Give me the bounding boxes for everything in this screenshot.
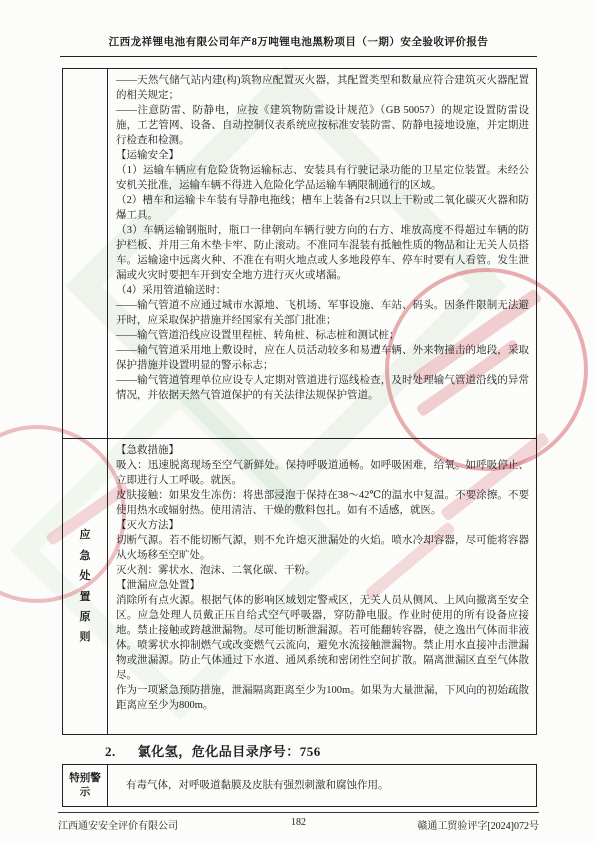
paragraph: ——天然气储气站内建(构)筑物应配置灭火器，其配置类型和数量应符合建筑灭火器配置… <box>116 73 529 103</box>
paragraph: ——注意防雷、防静电，应按《建筑物防雷设计规范》（GB 50057）的规定设置防… <box>116 103 529 148</box>
warning-text: 有毒气体，对呼吸道黏膜及皮肤有强烈刺激和腐蚀作用。 <box>126 778 389 793</box>
row-label-cell: 应急处置原则 <box>63 439 108 734</box>
section-heading: 2.氯化氢，危化品目录序号：756 <box>105 741 537 760</box>
paragraph: （2）槽车和运输卡车装有导静电拖线；槽车上装备有2只以上干粉或二氧化碳灭火器和防… <box>116 193 529 223</box>
paragraph: 灭火剂：雾状水、泡沫、二氧化碳、干粉。 <box>116 563 529 578</box>
page-footer: 江西通安安全评价有限公司 182 赣通工贸验评字[2024]072号 <box>58 817 539 832</box>
paragraph: ——输气管道沿线应设置里程桩、转角桩、标志桩和测试桩； <box>116 328 529 343</box>
document-page: 江西龙祥锂电池有限公司年产8万吨锂电池黑粉项目（一期）安全验收评价报告 ——天然… <box>0 0 596 842</box>
paragraph: 【灭火方法】 <box>116 518 529 533</box>
table-row: 应急处置原则 【急救措施】吸入：迅速脱离现场至空气新鲜处。保持呼吸道通畅。如呼吸… <box>63 438 536 734</box>
report-header-title: 江西龙祥锂电池有限公司年产8万吨锂电池黑粉项目（一期）安全验收评价报告 <box>60 34 537 49</box>
warning-label-cell: 特别警示 <box>63 765 108 806</box>
paragraph: 【急救措施】 <box>116 443 529 458</box>
paragraph: （1）运输车辆应有危险货物运输标志、安装具有行驶记录功能的卫星定位装置。未经公安… <box>116 163 529 193</box>
warning-content-cell: 有毒气体，对呼吸道黏膜及皮肤有强烈刺激和腐蚀作用。 <box>108 765 536 806</box>
table-row: ——天然气储气站内建(构)筑物应配置灭火器，其配置类型和数量应符合建筑灭火器配置… <box>63 69 536 438</box>
section-number: 2. <box>105 744 116 759</box>
paragraph: （4）采用管道输送时： <box>116 283 529 298</box>
paragraph: （3）车辆运输钢瓶时，瓶口一律朝向车辆行驶方向的右方、堆放高度不得超过车辆的防护… <box>116 223 529 283</box>
row-content-cell: 【急救措施】吸入：迅速脱离现场至空气新鲜处。保持呼吸道通畅。如呼吸困难，给氧。如… <box>108 439 536 734</box>
row-content-cell: ——天然气储气站内建(构)筑物应配置灭火器，其配置类型和数量应符合建筑灭火器配置… <box>108 69 536 438</box>
paragraph: ——输气管道不应通过城市水源地、飞机场、军事设施、车站、码头。因条件限制无法避开… <box>116 298 529 328</box>
safety-measures-table: ——天然气储气站内建(构)筑物应配置灭火器，其配置类型和数量应符合建筑灭火器配置… <box>62 68 537 735</box>
row-label-cell <box>63 69 108 438</box>
paragraph: 作为一项紧急预防措施，泄漏隔离距离至少为100m。如果为大量泄漏，下风向的初始疏… <box>116 683 529 713</box>
paragraph: ——输气管道采用地上敷设时，应在人员活动较多和易遭车辆、外来物撞击的地段，采取保… <box>116 343 529 373</box>
header-rule <box>60 56 537 57</box>
footer-rule <box>58 812 539 813</box>
paragraph: 消除所有点火源。根据气体的影响区域划定警戒区，无关人员从侧风、上风向撤离至安全区… <box>116 593 529 683</box>
section-title: 氯化氢，危化品目录序号：756 <box>138 744 321 759</box>
paragraph: 【泄漏应急处置】 <box>116 578 529 593</box>
warning-label: 特别警示 <box>69 772 101 800</box>
special-warning-table: 特别警示 有毒气体，对呼吸道黏膜及皮肤有强烈刺激和腐蚀作用。 <box>62 764 537 807</box>
paragraph: 【运输安全】 <box>116 148 529 163</box>
paragraph: 切断气源。若不能切断气源，则不允许熄灭泄漏处的火焰。喷水冷却容器，尽可能将容器从… <box>116 533 529 563</box>
paragraph: 吸入：迅速脱离现场至空气新鲜处。保持呼吸道通畅。如呼吸困难，给氧。如呼吸停止、立… <box>116 458 529 488</box>
footer-page-number: 182 <box>58 817 539 828</box>
row-label-emergency-principles: 应急处置原则 <box>79 525 91 647</box>
paragraph: 皮肤接触：如果发生冻伤：将患部浸泡于保持在38～42℃的温水中复温。不要涂擦。不… <box>116 488 529 518</box>
paragraph: ——输气管道管理单位应设专人定期对管道进行巡线检查，及时处理输气管道沿线的异常情… <box>116 373 529 403</box>
